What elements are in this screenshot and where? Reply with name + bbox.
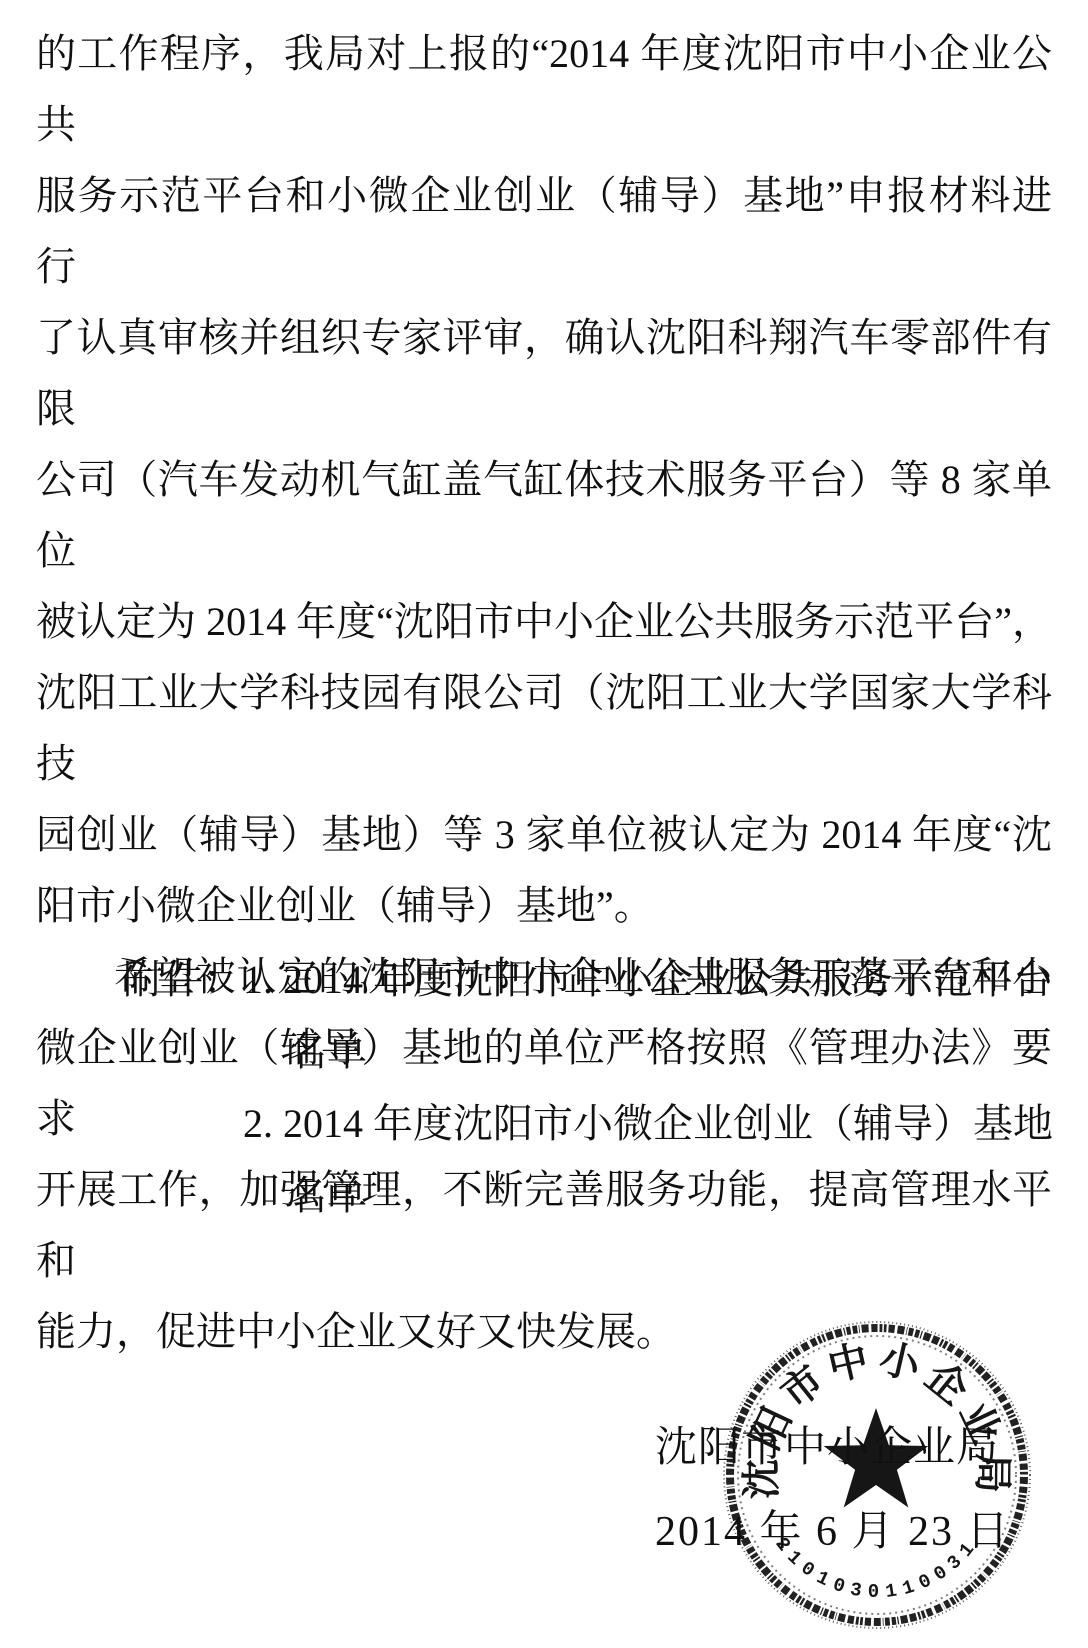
attachment-items: 1. 2014 年度沈阳市中小企业公共服务示范平台 名单 2. 2014 年度沈… [243, 944, 1053, 1232]
body-line-2: 服务示范平台和小微企业创业（辅导）基地”申报材料进行 [36, 160, 1052, 302]
body-line-3: 了认真审核并组织专家评审，确认沈阳科翔汽车零部件有限 [36, 302, 1052, 444]
attachment-item-continuation: 名单 [243, 1016, 1053, 1088]
body-line-12: 能力，促进中小企业又好又快发展。 [36, 1296, 1052, 1367]
issue-date: 2014 年 6 月 23 日 [655, 1498, 1011, 1558]
attachment-item: 1. 2014 年度沈阳市中小企业公共服务示范平台 名单 [243, 944, 1053, 1088]
body-line-7: 园创业（辅导）基地）等 3 家单位被认定为 2014 年度“沈 [36, 799, 1052, 870]
body-line-4: 公司（汽车发动机气缸盖气缸体技术服务平台）等 8 家单位 [36, 444, 1052, 586]
body-line-5: 被认定为 2014 年度“沈阳市中小企业公共服务示范平台”， [36, 586, 1052, 657]
attachment-item-continuation: 名单 [243, 1160, 1053, 1232]
attachment-item: 2. 2014 年度沈阳市小微企业创业（辅导）基地 名单 [243, 1088, 1053, 1232]
body-line-1: 的工作程序，我局对上报的“2014 年度沈阳市中小企业公共 [36, 18, 1052, 160]
attachment-label: 附件： [123, 944, 243, 1016]
document-page: 沈阳市中小企业局 2101030110031 的工作程序，我局对上报的“2014… [0, 0, 1088, 1648]
body-line-6: 沈阳工业大学科技园有限公司（沈阳工业大学国家大学科技 [36, 657, 1052, 799]
issuing-agency: 沈阳市中小企业局 [655, 1414, 999, 1474]
attachment-item-title: 2. 2014 年度沈阳市小微企业创业（辅导）基地 [243, 1088, 1053, 1160]
body-line-8: 阳市小微企业创业（辅导）基地”。 [36, 870, 1052, 941]
attachment-item-title: 1. 2014 年度沈阳市中小企业公共服务示范平台 [243, 944, 1053, 1016]
attachment-block: 附件： 1. 2014 年度沈阳市中小企业公共服务示范平台 名单 2. 2014… [123, 944, 1053, 1232]
